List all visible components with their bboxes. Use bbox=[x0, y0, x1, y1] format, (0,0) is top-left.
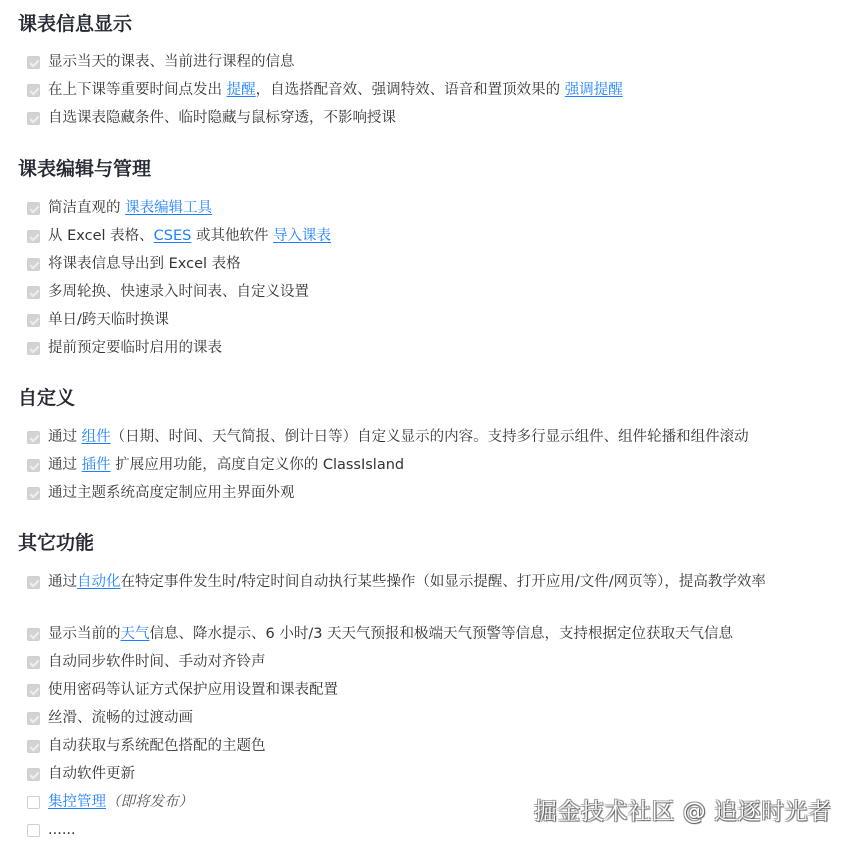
item-text: 自动同步软件时间、手动对齐铃声 bbox=[48, 651, 848, 673]
text-fragment: 在上下课等重要时间点发出 bbox=[48, 82, 227, 98]
text-fragment: 显示当前的 bbox=[48, 626, 121, 642]
checkbox-checked[interactable] bbox=[27, 684, 40, 697]
feature-item: 通过 组件（日期、时间、天气简报、倒计日等）自定义显示的内容。支持多行显示组件、… bbox=[27, 426, 848, 448]
item-text: 在上下课等重要时间点发出 提醒，自选搭配音效、强调特效、语音和置顶效果的 强调提… bbox=[48, 79, 848, 101]
section-title-customization: 自定义 bbox=[18, 386, 75, 410]
text-fragment: 简洁直观的 bbox=[48, 200, 125, 216]
checkbox-checked[interactable] bbox=[27, 712, 40, 725]
feature-item: 自选课表隐藏条件、临时隐藏与鼠标穿透，不影响授课 bbox=[27, 107, 848, 129]
feature-item: 自动获取与系统配色搭配的主题色 bbox=[27, 735, 848, 757]
item-text: 通过 组件（日期、时间、天气简报、倒计日等）自定义显示的内容。支持多行显示组件、… bbox=[48, 426, 848, 448]
checkbox-checked[interactable] bbox=[27, 202, 40, 215]
text-fragment: 通过 bbox=[48, 429, 82, 445]
text-fragment: 在特定事件发生时/特定时间自动执行某些操作（如显示提醒、打开应用/文件/网页等）… bbox=[121, 574, 766, 590]
text-fragment: 扩展应用功能，高度自定义你的 ClassIsland bbox=[111, 457, 405, 473]
checkbox-checked[interactable] bbox=[27, 431, 40, 444]
item-text: 丝滑、流畅的过渡动画 bbox=[48, 707, 848, 729]
link-central-management[interactable]: 集控管理 bbox=[48, 794, 106, 810]
checkbox-checked[interactable] bbox=[27, 286, 40, 299]
item-text: 使用密码等认证方式保护应用设置和课表配置 bbox=[48, 679, 848, 701]
link-automation[interactable]: 自动化 bbox=[77, 574, 121, 590]
item-text: 多周轮换、快速录入时间表、自定义设置 bbox=[48, 281, 848, 303]
text-fragment: 通过 bbox=[48, 574, 77, 590]
feature-item: 在上下课等重要时间点发出 提醒，自选搭配音效、强调特效、语音和置顶效果的 强调提… bbox=[27, 79, 848, 101]
item-text: 显示当天的课表、当前进行课程的信息 bbox=[48, 51, 848, 73]
checkbox-checked[interactable] bbox=[27, 84, 40, 97]
feature-item: 显示当前的天气信息、降水提示、6 小时/3 天天气预报和极端天气预警等信息，支持… bbox=[27, 623, 848, 645]
section-title-schedule-display: 课表信息显示 bbox=[18, 12, 132, 36]
checkbox-checked[interactable] bbox=[27, 230, 40, 243]
checkbox-unchecked[interactable] bbox=[27, 796, 40, 809]
checkbox-checked[interactable] bbox=[27, 576, 40, 589]
checkbox-checked[interactable] bbox=[27, 740, 40, 753]
checkbox-checked[interactable] bbox=[27, 487, 40, 500]
watermark: 掘金技术社区 @ 追逐时光者 bbox=[534, 793, 832, 826]
item-text: 自动获取与系统配色搭配的主题色 bbox=[48, 735, 848, 757]
checkbox-checked[interactable] bbox=[27, 656, 40, 669]
text-fragment: 或其他软件 bbox=[191, 228, 273, 244]
section-title-schedule-editing: 课表编辑与管理 bbox=[18, 157, 151, 181]
coming-soon-note: （即将发布） bbox=[106, 794, 193, 810]
checkbox-unchecked[interactable] bbox=[27, 824, 40, 837]
checkbox-checked[interactable] bbox=[27, 112, 40, 125]
item-text: 简洁直观的 课表编辑工具 bbox=[48, 197, 848, 219]
feature-item: 通过主题系统高度定制应用主界面外观 bbox=[27, 482, 848, 504]
feature-item: 自动同步软件时间、手动对齐铃声 bbox=[27, 651, 848, 673]
feature-item: 简洁直观的 课表编辑工具 bbox=[27, 197, 848, 219]
link-import-schedule[interactable]: 导入课表 bbox=[273, 228, 331, 244]
item-text: 从 Excel 表格、CSES 或其他软件 导入课表 bbox=[48, 225, 848, 247]
checkbox-checked[interactable] bbox=[27, 459, 40, 472]
section-title-other-features: 其它功能 bbox=[18, 531, 94, 555]
item-text: 将课表信息导出到 Excel 表格 bbox=[48, 253, 848, 275]
feature-item: 将课表信息导出到 Excel 表格 bbox=[27, 253, 848, 275]
feature-item: 单日/跨天临时换课 bbox=[27, 309, 848, 331]
feature-item: 从 Excel 表格、CSES 或其他软件 导入课表 bbox=[27, 225, 848, 247]
text-fragment: 通过 bbox=[48, 457, 82, 473]
link-reminder[interactable]: 提醒 bbox=[227, 82, 256, 98]
checkbox-checked[interactable] bbox=[27, 258, 40, 271]
item-text: 单日/跨天临时换课 bbox=[48, 309, 848, 331]
feature-item: 通过 插件 扩展应用功能，高度自定义你的 ClassIsland bbox=[27, 454, 848, 476]
feature-item: 丝滑、流畅的过渡动画 bbox=[27, 707, 848, 729]
feature-item: 使用密码等认证方式保护应用设置和课表配置 bbox=[27, 679, 848, 701]
text-fragment: 信息、降水提示、6 小时/3 天天气预报和极端天气预警等信息，支持根据定位获取天… bbox=[150, 626, 734, 642]
item-text: 自选课表隐藏条件、临时隐藏与鼠标穿透，不影响授课 bbox=[48, 107, 848, 129]
item-text: 显示当前的天气信息、降水提示、6 小时/3 天天气预报和极端天气预警等信息，支持… bbox=[48, 623, 848, 645]
feature-item: 提前预定要临时启用的课表 bbox=[27, 337, 848, 359]
checkbox-checked[interactable] bbox=[27, 342, 40, 355]
item-text: 自动软件更新 bbox=[48, 763, 848, 785]
link-components[interactable]: 组件 bbox=[82, 429, 111, 445]
link-weather[interactable]: 天气 bbox=[121, 626, 150, 642]
feature-item: 自动软件更新 bbox=[27, 763, 848, 785]
text-fragment: （日期、时间、天气简报、倒计日等）自定义显示的内容。支持多行显示组件、组件轮播和… bbox=[111, 429, 749, 445]
feature-item: 多周轮换、快速录入时间表、自定义设置 bbox=[27, 281, 848, 303]
checkbox-checked[interactable] bbox=[27, 628, 40, 641]
feature-item: 通过自动化在特定事件发生时/特定时间自动执行某些操作（如显示提醒、打开应用/文件… bbox=[27, 571, 848, 593]
text-fragment: ，自选搭配音效、强调特效、语音和置顶效果的 bbox=[256, 82, 565, 98]
feature-item: 显示当天的课表、当前进行课程的信息 bbox=[27, 51, 848, 73]
item-text: 通过主题系统高度定制应用主界面外观 bbox=[48, 482, 848, 504]
link-schedule-editor[interactable]: 课表编辑工具 bbox=[125, 200, 212, 216]
link-plugins[interactable]: 插件 bbox=[82, 457, 111, 473]
item-text: 提前预定要临时启用的课表 bbox=[48, 337, 848, 359]
text-fragment: 从 Excel 表格、 bbox=[48, 228, 154, 244]
link-emphasis-reminder[interactable]: 强调提醒 bbox=[565, 82, 623, 98]
link-cses[interactable]: CSES bbox=[154, 228, 192, 244]
checkbox-checked[interactable] bbox=[27, 768, 40, 781]
item-text: 通过自动化在特定事件发生时/特定时间自动执行某些操作（如显示提醒、打开应用/文件… bbox=[48, 571, 848, 593]
item-text: 通过 插件 扩展应用功能，高度自定义你的 ClassIsland bbox=[48, 454, 848, 476]
checkbox-checked[interactable] bbox=[27, 314, 40, 327]
checkbox-checked[interactable] bbox=[27, 56, 40, 69]
